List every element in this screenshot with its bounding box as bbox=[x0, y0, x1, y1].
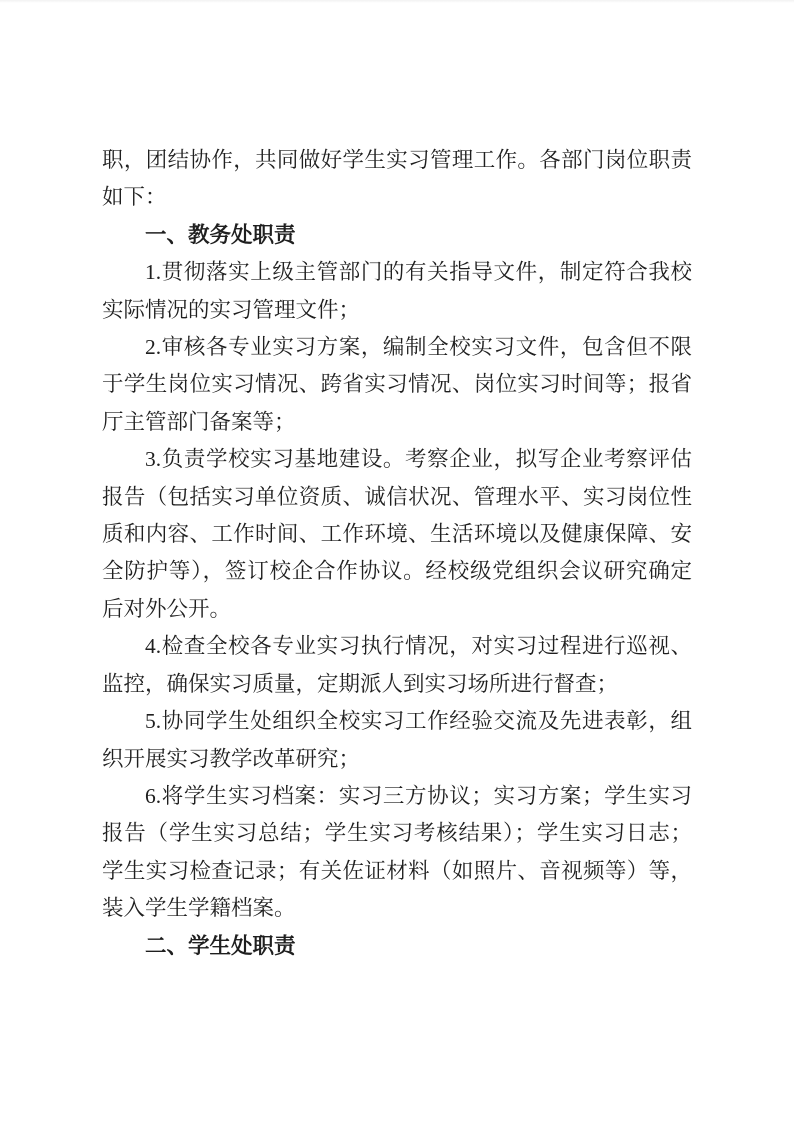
section-2-heading: 二、学生处职责 bbox=[102, 928, 692, 965]
document-body: 职，团结协作，共同做好学生实习管理工作。各部门岗位职责如下： 一、教务处职责 1… bbox=[102, 142, 692, 965]
duty-item-3: 3.负责学校实习基地建设。考察企业，拟写企业考察评估报告（包括实习单位资质、诚信… bbox=[102, 441, 692, 628]
duty-item-6: 6.将学生实习档案：实习三方协议；实习方案；学生实习报告（学生实习总结；学生实习… bbox=[102, 778, 692, 928]
duty-item-1: 1.贯彻落实上级主管部门的有关指导文件，制定符合我校实际情况的实习管理文件； bbox=[102, 254, 692, 329]
intro-paragraph: 职，团结协作，共同做好学生实习管理工作。各部门岗位职责如下： bbox=[102, 142, 692, 217]
page-top-edge bbox=[0, 0, 794, 3]
section-1-heading: 一、教务处职责 bbox=[102, 217, 692, 254]
duty-item-5: 5.协同学生处组织全校实习工作经验交流及先进表彰，组织开展实习教学改革研究； bbox=[102, 703, 692, 778]
duty-item-4: 4.检查全校各专业实习执行情况，对实习过程进行巡视、监控，确保实习质量，定期派人… bbox=[102, 628, 692, 703]
duty-item-2: 2.审核各专业实习方案，编制全校实习文件，包含但不限于学生岗位实习情况、跨省实习… bbox=[102, 329, 692, 441]
document-page: 职，团结协作，共同做好学生实习管理工作。各部门岗位职责如下： 一、教务处职责 1… bbox=[0, 0, 794, 1122]
